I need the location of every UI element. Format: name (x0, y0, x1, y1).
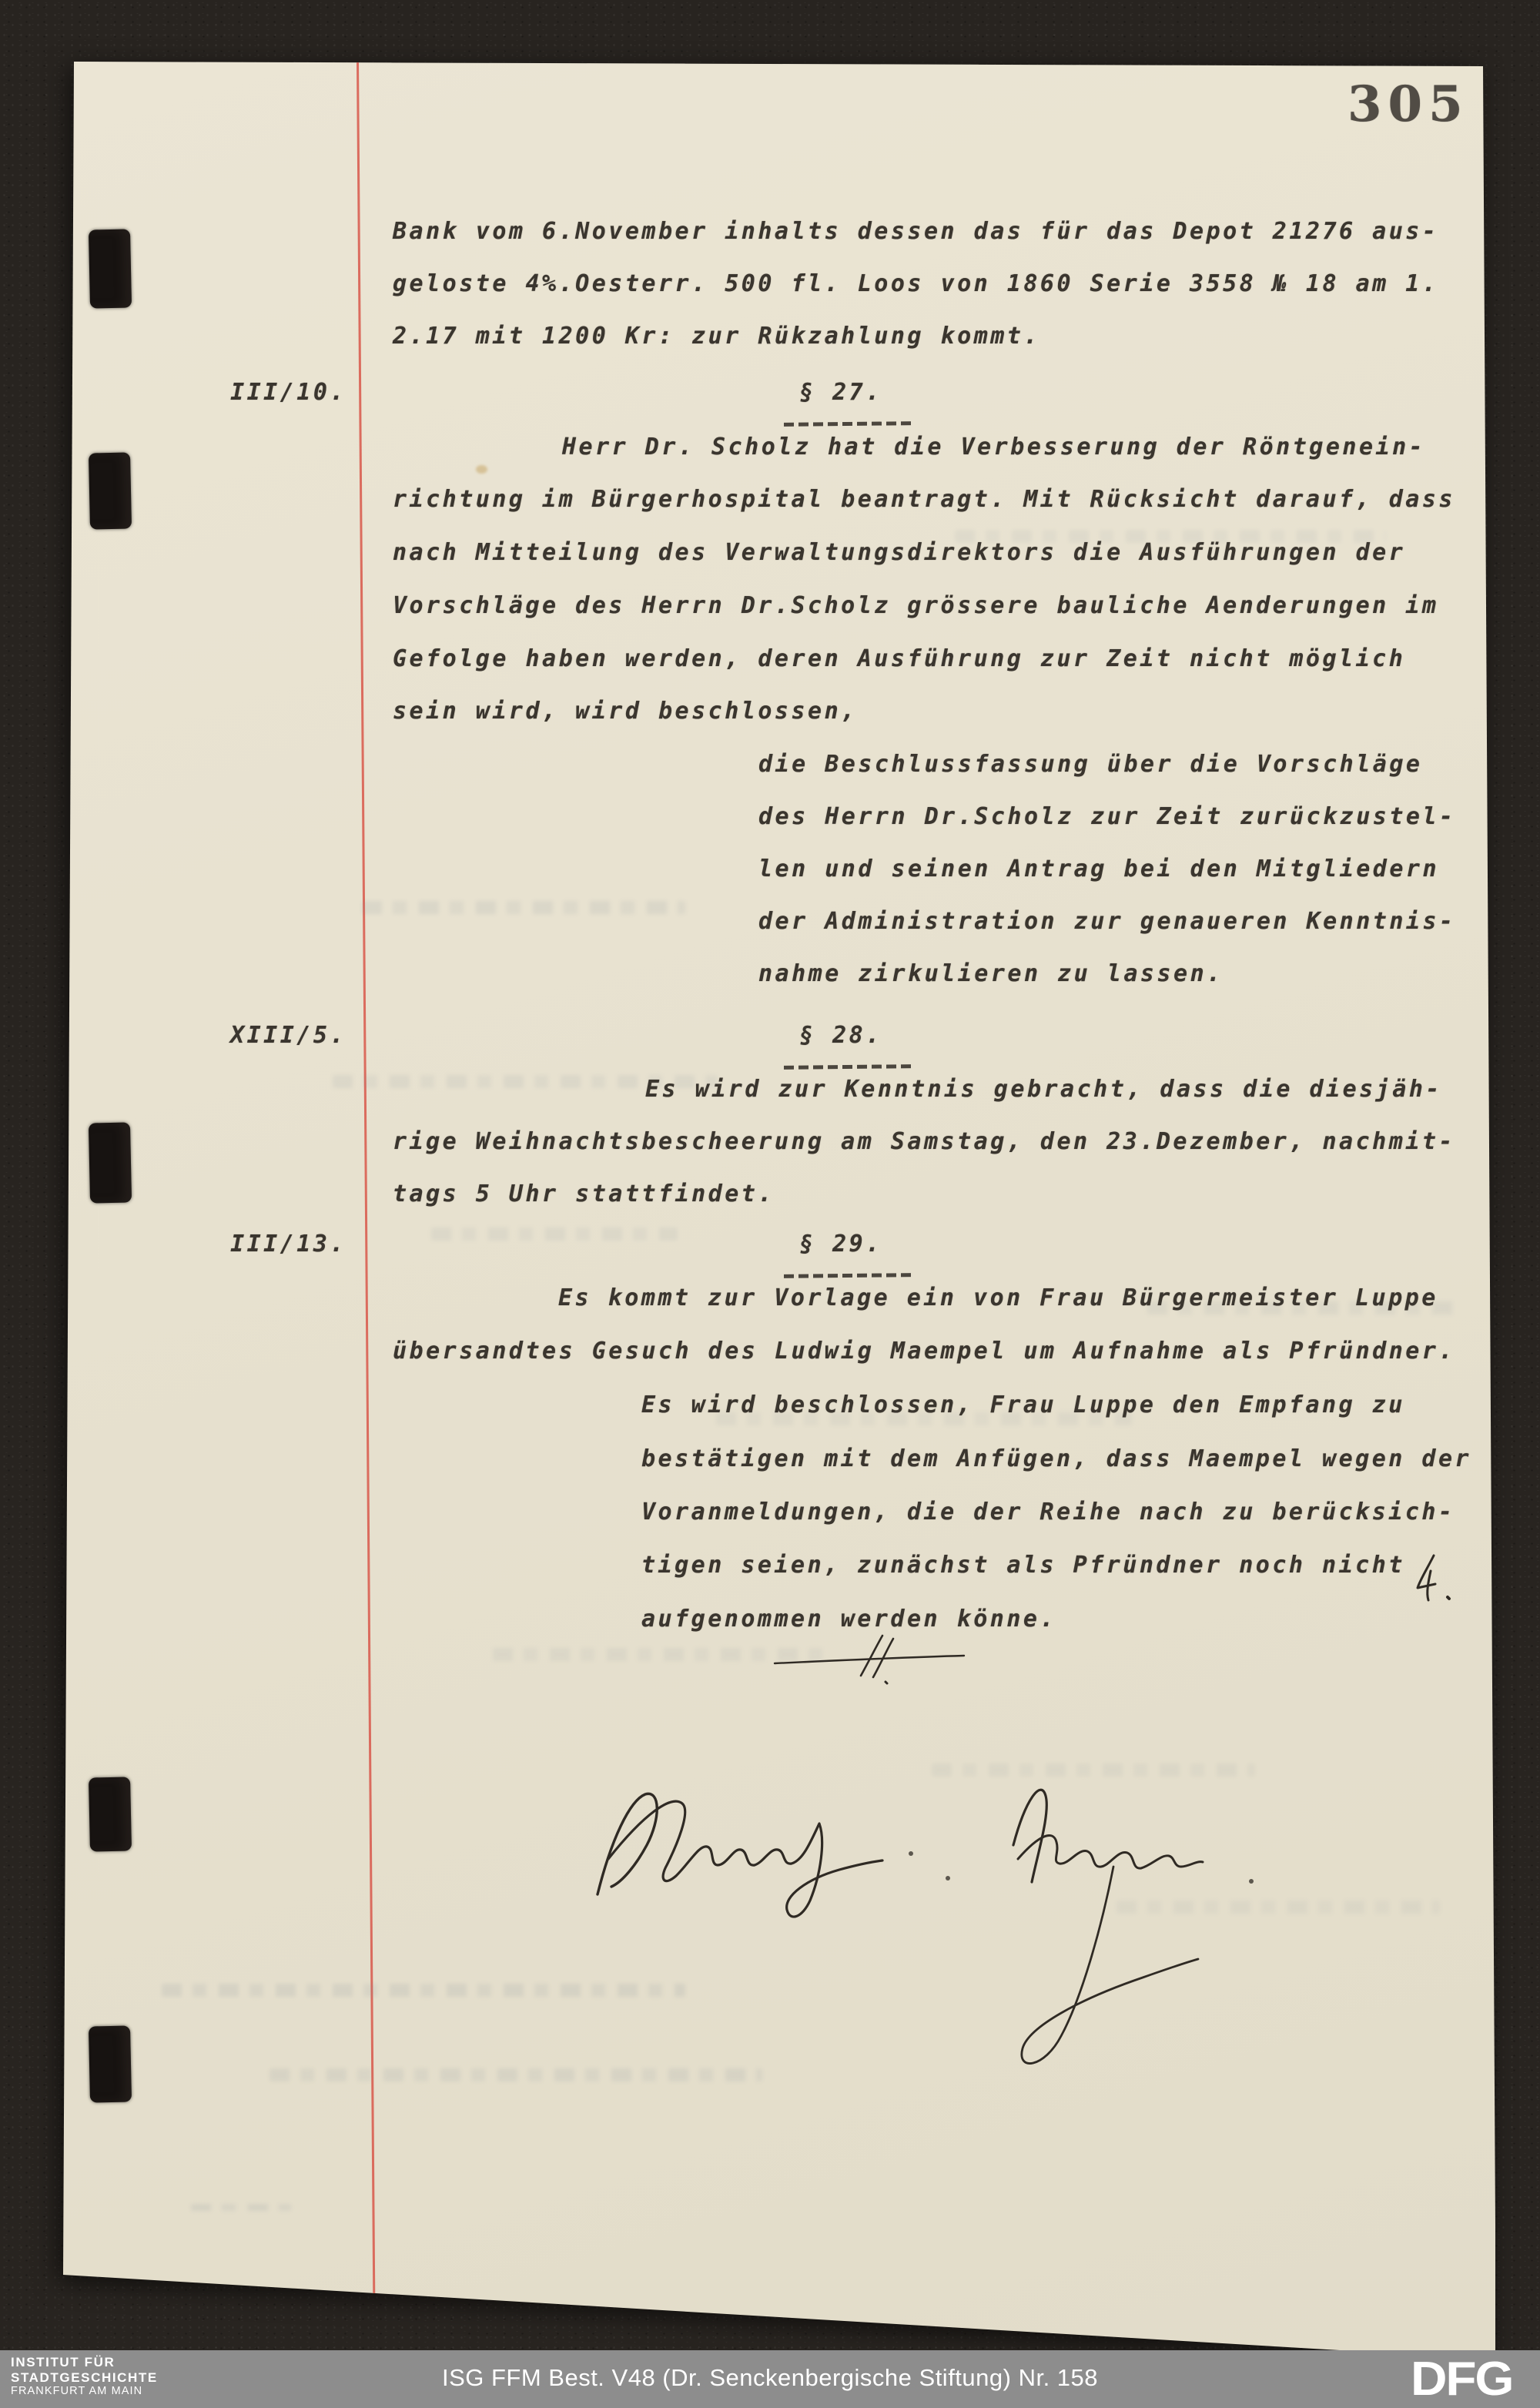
dfg-logo: DFG (1411, 2352, 1512, 2406)
pencil-note (1408, 1549, 1461, 1611)
text-line: Es wird zur Kenntnis gebracht, dass die … (645, 1076, 1442, 1103)
resolution-line: der Administration zur genaueren Kenntni… (758, 908, 1456, 935)
text-line: Bank vom 6.November inhalts dessen das f… (393, 218, 1438, 245)
resolution-line: tigen seien, zunächst als Pfründner noch… (641, 1552, 1405, 1579)
resolution-line: des Herrn Dr.Scholz zur Zeit zurückzuste… (758, 803, 1456, 830)
page-number-stamp: 305 (1347, 75, 1469, 133)
margin-label: III/10. (183, 379, 346, 406)
text-line: Vorschläge des Herrn Dr.Scholz grössere … (393, 592, 1438, 619)
footer-bar: INSTITUT FÜR STADTGESCHICHTE FRANKFURT A… (0, 2350, 1540, 2408)
archive-reference: ISG FFM Best. V48 (Dr. Senckenbergische … (0, 2364, 1540, 2392)
text-line: geloste 4%.Oesterr. 500 fl. Loos von 186… (393, 270, 1438, 297)
margin-label: XIII/5. (183, 1022, 346, 1049)
bleed-through-ghost-text (431, 1227, 678, 1241)
bleed-through-ghost-text (269, 2068, 762, 2081)
text-line: tags 5 Uhr stattfindet. (393, 1181, 775, 1207)
ink-dot (909, 1851, 913, 1856)
resolution-line: len und seinen Antrag bei den Mitglieder… (758, 856, 1439, 882)
text-line: sein wird, wird beschlossen, (393, 698, 858, 725)
archival-scan: 305 Bank vom 6.November inhalts dessen d… (0, 0, 1540, 2408)
text-line: richtung im Bürgerhospital beantragt. Mi… (393, 486, 1455, 513)
ink-dot (1249, 1879, 1254, 1884)
punch-hole (89, 1777, 132, 1851)
text-line: übersandtes Gesuch des Ludwig Maempel um… (393, 1338, 1455, 1365)
signature-roediger (585, 1723, 893, 1939)
resolution-line: Voranmeldungen, die der Reihe nach zu be… (641, 1499, 1455, 1526)
resolution-line: bestätigen mit dem Anfügen, dass Maempel… (641, 1445, 1471, 1472)
text-line: Herr Dr. Scholz hat die Verbesserung der… (562, 434, 1425, 461)
margin-label: III/13. (183, 1231, 346, 1258)
section-heading: § 29. (799, 1231, 882, 1258)
resolution-line: aufgenommen werden könne. (641, 1606, 1056, 1633)
paper-stain (476, 465, 487, 474)
closing-mark (770, 1631, 970, 1693)
punch-hole (89, 1122, 132, 1203)
punch-hole (89, 229, 132, 308)
margin-red-line (357, 60, 376, 2359)
ink-dot (946, 1876, 950, 1881)
punch-hole (89, 452, 132, 529)
section-heading: § 27. (799, 379, 882, 406)
punch-hole (89, 2025, 132, 2102)
text-line: nach Mitteilung des Verwaltungsdirektors… (393, 539, 1405, 566)
resolution-line: die Beschlussfassung über die Vorschläge (758, 751, 1422, 778)
text-line: Es kommt zur Vorlage ein von Frau Bürger… (558, 1284, 1438, 1311)
text-line: 2.17 mit 1200 Kr: zur Rükzahlung kommt. (393, 323, 1040, 350)
resolution-line: nahme zirkulieren zu lassen. (758, 960, 1224, 987)
bleed-through-ghost-text (362, 901, 685, 914)
bleed-through-ghost-text (162, 1984, 685, 1997)
resolution-line: Es wird beschlossen, Frau Luppe den Empf… (641, 1392, 1405, 1418)
bleed-through-ghost-text (191, 2204, 291, 2211)
section-heading: § 28. (799, 1022, 882, 1049)
text-line: rige Weihnachtsbescheerung am Samstag, d… (393, 1128, 1455, 1155)
text-line: Gefolge haben werden, deren Ausführung z… (393, 645, 1405, 672)
signature-second (979, 1745, 1226, 2084)
